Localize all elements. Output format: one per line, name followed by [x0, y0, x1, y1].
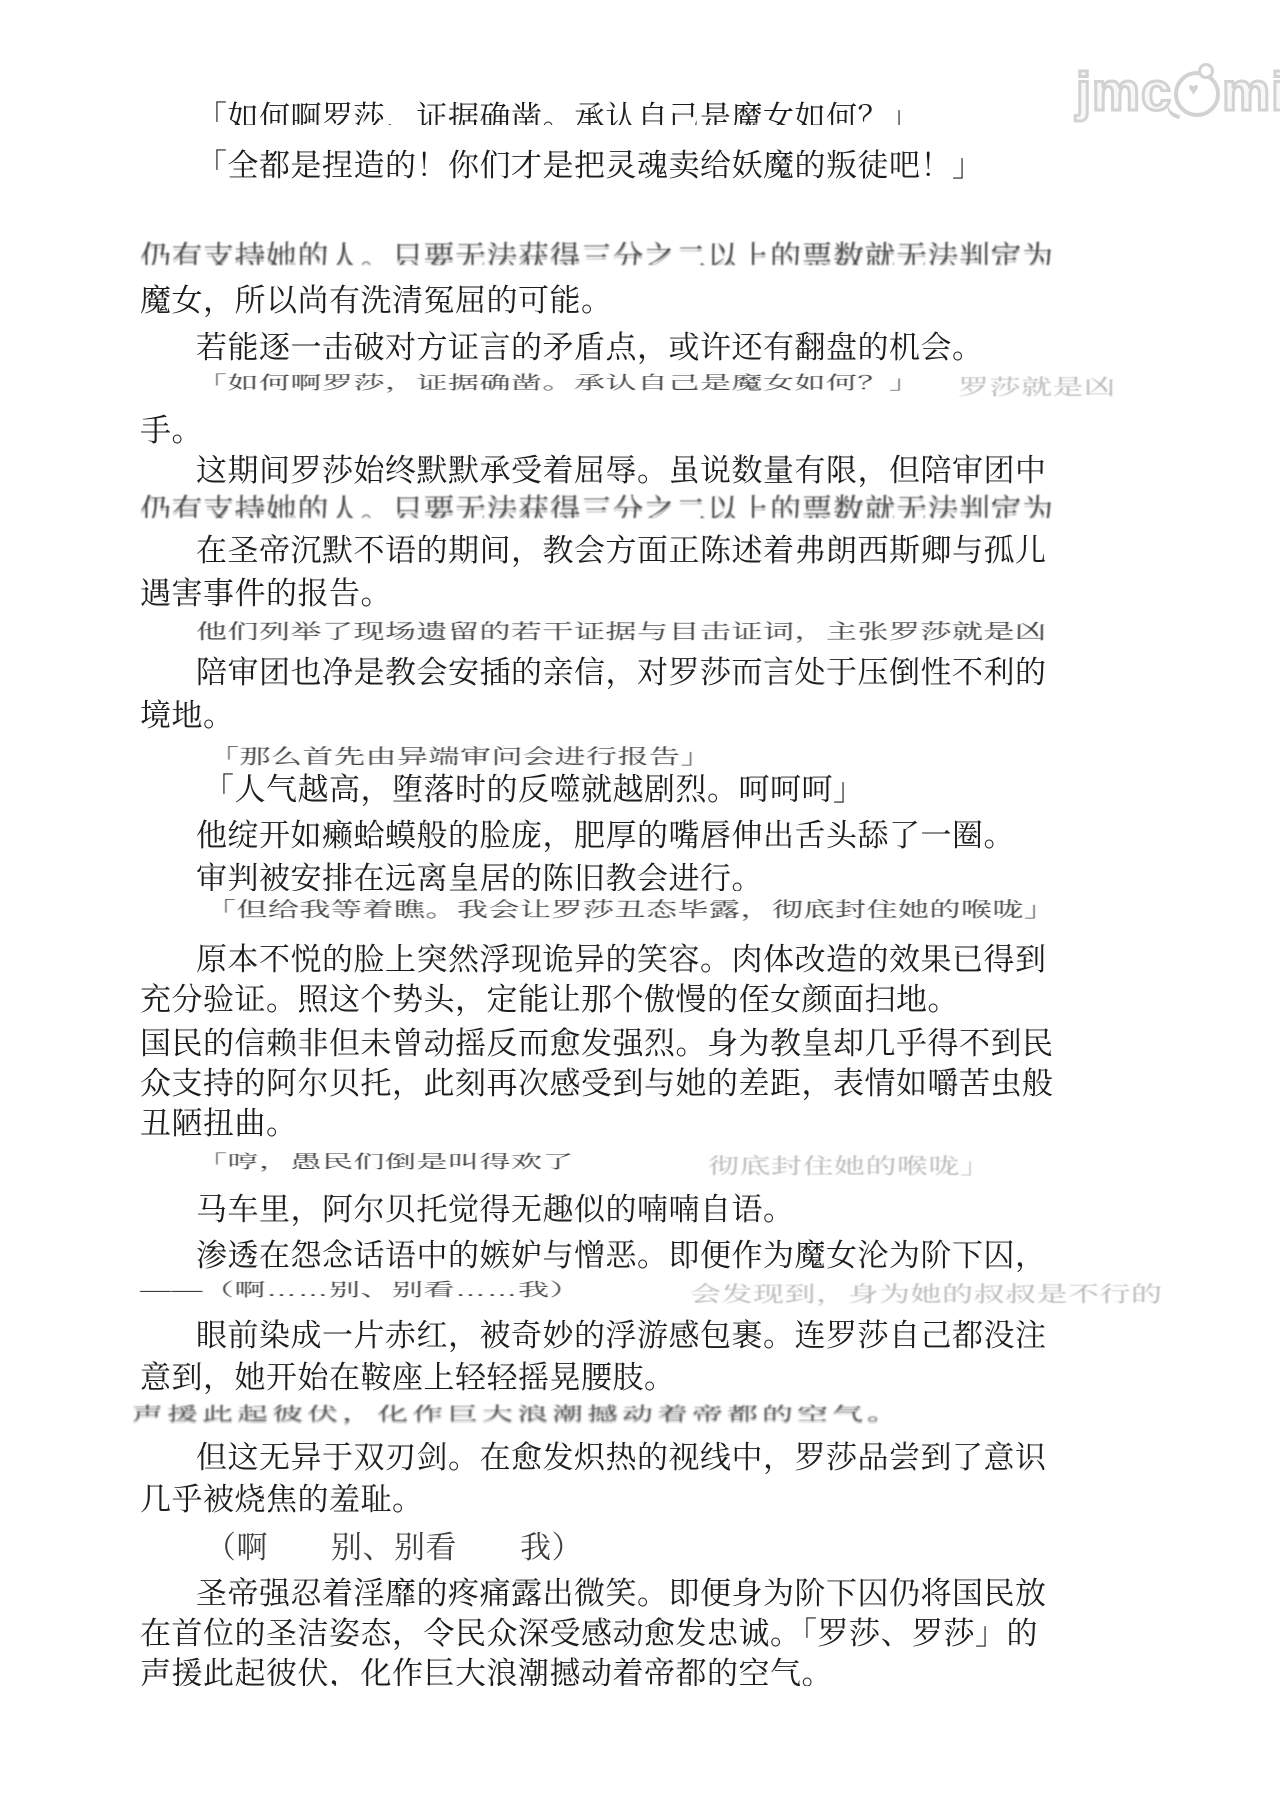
text-line: 审判被安排在远离皇居的陈旧教会进行。	[196, 861, 763, 891]
text-line: 在圣帝沉默不语的期间，教会方面正陈述着弗朗西斯卿与孤儿	[196, 533, 1047, 569]
text-line: 声援此起彼伏，化作巨大浪潮撼动着帝都的空气。	[140, 1656, 833, 1686]
text-line: 陪审团也净是教会安插的亲信，对罗莎而言处于压倒性不利的	[196, 655, 1047, 691]
text-line-garbled: 「如何啊罗莎，证据确凿。承认自己是魔女如何？」罗莎就是凶	[196, 373, 921, 409]
text-line: 遇害事件的报告。	[140, 576, 392, 612]
logo-text-left: jmc	[1076, 62, 1172, 122]
text-line: 「如何啊罗莎，证据确凿。承认自己是魔女如何？」	[196, 100, 921, 125]
text-line: 眼前染成一片赤红，被奇妙的浮游感包裹。连罗莎自己都没注	[196, 1318, 1047, 1354]
text-line: 若能逐一击破对方证言的矛盾点，或许还有翻盘的机会。	[196, 330, 984, 366]
text-line: 境地。	[140, 698, 235, 734]
text-line-garbled: ——（啊……别、别看……我）会发现到，身为她的叔叔是不行的	[140, 1280, 581, 1316]
text-line: 他绽开如癞蛤蟆般的脸庞，肥厚的嘴唇伸出舌头舔了一圈。	[196, 818, 1015, 854]
text-line: （啊 别、别看 我）	[205, 1530, 583, 1566]
text-line: 意到，她开始在鞍座上轻轻摇晃腰肢。	[140, 1360, 676, 1396]
text-line-garbled: 声援此起彼伏，化作巨大浪潮撼动着帝都的空气。	[132, 1404, 902, 1440]
text-line: 魔女，所以尚有洗清冤屈的可能。	[140, 283, 613, 319]
text-line-garbled: 「但给我等着瞧。我会让罗莎丑态毕露，彻底封住她的喉咙」	[205, 898, 1056, 934]
bird-mascot-icon: ♥	[1174, 71, 1220, 117]
ghost-fragment: 彻底封住她的喉咙」	[708, 1154, 992, 1179]
text-line: 手。	[140, 413, 203, 449]
text-line: 「全都是捏造的！你们才是把灵魂卖给妖魔的叛徒吧！」	[196, 148, 984, 184]
text-line: 国民的信赖非但未曾动摇反而愈发强烈。身为教皇却几乎得不到民	[140, 1026, 1054, 1062]
ghost-fragment: 罗莎就是凶	[958, 375, 1116, 400]
text-line: 原本不悦的脸上突然浮现诡异的笑容。肉体改造的效果已得到	[196, 942, 1047, 978]
text-line: 马车里，阿尔贝托觉得无趣似的喃喃自语。	[196, 1192, 795, 1228]
ghost-fragment: 会发现到，身为她的叔叔是不行的	[690, 1282, 1163, 1307]
reader-page[interactable]: jmc ♥ mic 「如何啊罗莎，证据确凿。承认自己是魔女如何？」 「全都是捏造…	[0, 0, 1280, 1809]
text-line: 圣帝强忍着淫靡的疼痛露出微笑。即便身为阶下囚仍将国民放	[196, 1576, 1047, 1612]
logo-text-right: mic	[1222, 62, 1280, 122]
text-line: 这期间罗莎始终默默承受着屈辱。虽说数量有限，但陪审团中	[196, 453, 1047, 489]
text-line-garbled: 「哼，愚民们倒是叫得欢了彻底封住她的喉咙」	[196, 1152, 574, 1188]
text-line: 几乎被烧焦的羞耻。	[140, 1482, 424, 1518]
text-line: 仍有支持她的人。只要无法获得三分之二以上的票数就无法判定为	[140, 493, 1054, 518]
text-line: 众支持的阿尔贝托，此刻再次感受到与她的差距，表情如嚼苦虫般	[140, 1066, 1054, 1102]
text-line: 渗透在怨念话语中的嫉妒与憎恶。即便作为魔女沦为阶下囚，	[196, 1238, 1047, 1274]
text-line: 「人气越高，堕落时的反噬就越剧烈。呵呵呵」	[203, 772, 865, 808]
text-line: 在首位的圣洁姿态，令民众深受感动愈发忠诚。「罗莎、罗莎」的	[140, 1616, 1038, 1652]
text-line: 丑陋扭曲。	[140, 1106, 298, 1142]
text-line: 但这无异于双刃剑。在愈发炽热的视线中，罗莎品尝到了意识	[196, 1440, 1047, 1476]
jmcomic-logo: jmc ♥ mic	[1076, 62, 1280, 122]
text-line: 仍有支持她的人。只要无法获得三分之二以上的票数就无法判定为	[140, 240, 1054, 265]
text-line-garbled: 他们列举了现场遗留的若干证据与目击证词，主张罗莎就是凶	[196, 620, 1047, 656]
text-line: 充分验证。照这个势头，定能让那个傲慢的侄女颜面扫地。	[140, 982, 959, 1018]
